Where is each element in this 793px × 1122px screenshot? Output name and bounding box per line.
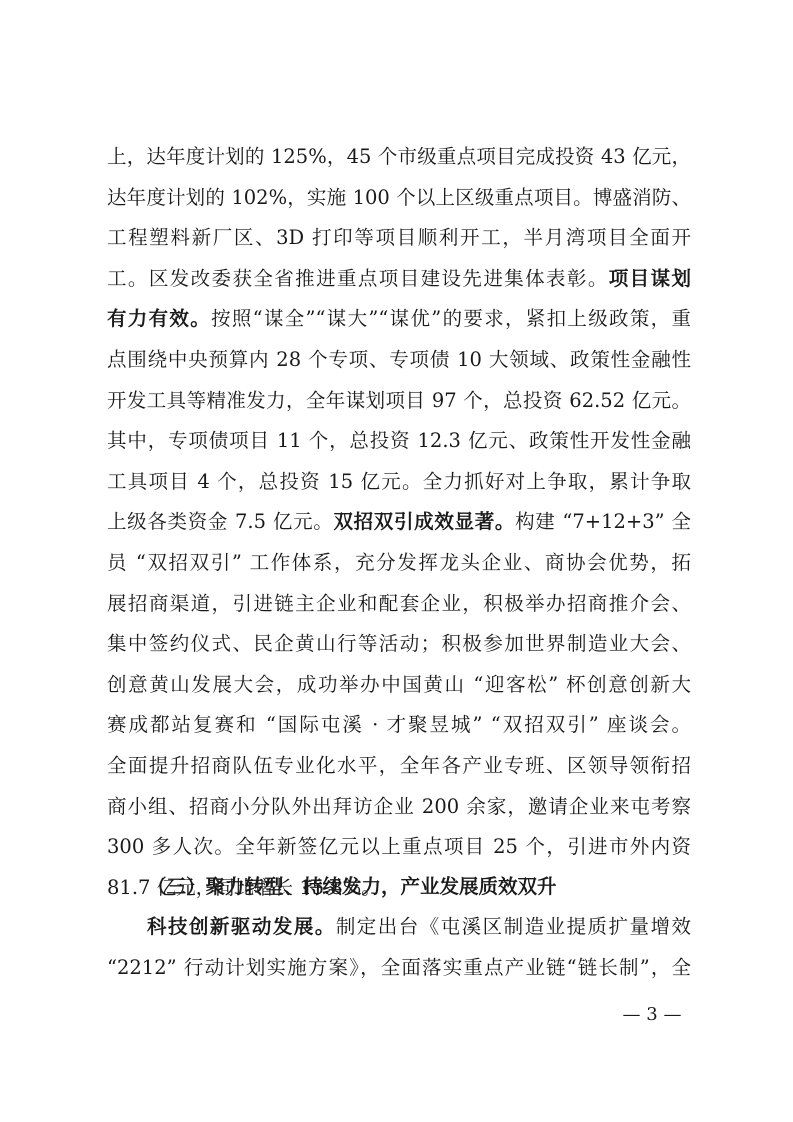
bold-lead-phrase: 双招双引成效显著。 [333,510,515,533]
section-heading: （三）聚力转型、持续发力，产业发展质效双升 [147,869,707,905]
text-line: 员 “双招双引” 工作体系，充分发挥龙头企业、商协会优势，拓 [107,545,691,581]
text-segment: 工。区发改委获全省推进重点项目建设先进集体表彰。 [107,267,609,290]
text-line: 其中，专项债项目 11 个，总投资 12.3 亿元、政策性开发性金融 [107,423,691,459]
text-line: 展招商渠道，引进链主企业和配套企业，积极举办招商推介会、 [107,586,691,622]
text-line: 集中签约仪式、民企黄山行等活动；积极参加世界制造业大会、 [107,626,691,662]
text-line: “2212” 行动计划实施方案》，全面落实重点产业链“链长制”，全 [107,950,691,986]
bold-lead-phrase: 项目谋划 [609,267,691,290]
bold-lead-phrase: 有力有效。 [107,307,211,330]
text-line: 开发工具等精准发力，全年谋划项目 97 个，总投资 62.52 亿元。 [107,383,691,419]
text-segment: 商小组、招商小分队外出拜访企业 200 余家，邀请企业来屯考察 [107,795,691,818]
text-segment: 全面提升招商队伍专业化水平，全年各产业专班、区领导领衔招 [107,754,691,777]
text-line: 有力有效。按照“谋全”“谋大”“谋优”的要求，紧扣上级政策，重 [107,301,691,337]
text-segment: 工具项目 4 个，总投资 15 亿元。全力抓好对上争取，累计争取 [107,470,691,493]
text-segment: 300 多人次。全年新签亿元以上重点项目 25 个，引进市外内资 [107,835,691,858]
text-segment: 开发工具等精准发力，全年谋划项目 97 个，总投资 62.52 亿元。 [107,389,691,412]
bold-lead-phrase: 科技创新驱动发展。 [147,915,336,938]
text-segment: 点围绕中央预算内 28 个专项、专项债 10 大领域、政策性金融性 [107,348,691,371]
text-line: 上，达年度计划的 125%，45 个市级重点项目完成投资 43 亿元， [107,139,691,175]
text-line: 工具项目 4 个，总投资 15 亿元。全力抓好对上争取，累计争取 [107,464,691,500]
text-segment: 构建 “7+12+3” 全 [515,510,691,533]
text-line: 全面提升招商队伍专业化水平，全年各产业专班、区领导领衔招 [107,748,691,784]
text-segment: 创意黄山发展大会，成功举办中国黄山 “迎客松” 杯创意创新大 [107,673,691,696]
text-segment: 其中，专项债项目 11 个，总投资 12.3 亿元、政策性开发性金融 [107,429,691,452]
text-line: 点围绕中央预算内 28 个专项、专项债 10 大领域、政策性金融性 [107,342,691,378]
text-segment: 制定出台《屯溪区制造业提质扩量增效 [336,915,691,938]
text-segment: 工程塑料新厂区、3D 打印等项目顺利开工，半月湾项目全面开 [107,226,691,249]
text-line: 工程塑料新厂区、3D 打印等项目顺利开工，半月湾项目全面开 [107,220,691,256]
text-line: 商小组、招商小分队外出拜访企业 200 余家，邀请企业来屯考察 [107,789,691,825]
text-line: 创意黄山发展大会，成功举办中国黄山 “迎客松” 杯创意创新大 [107,667,691,703]
page-number: — 3 — [612,1000,692,1030]
text-line: 达年度计划的 102%，实施 100 个以上区级重点项目。博盛消防、 [107,180,691,216]
text-segment: 上，达年度计划的 125%，45 个市级重点项目完成投资 43 亿元， [107,145,691,168]
text-segment: 赛成都站复赛和 “国际屯溪 · 才聚昱城” “双招双引” 座谈会。 [107,713,691,736]
text-segment: 上级各类资金 7.5 亿元。 [107,510,333,533]
text-line: 科技创新驱动发展。制定出台《屯溪区制造业提质扩量增效 [147,909,691,945]
text-line: 300 多人次。全年新签亿元以上重点项目 25 个，引进市外内资 [107,829,691,865]
document-page: 上，达年度计划的 125%，45 个市级重点项目完成投资 43 亿元，达年度计划… [0,0,793,1122]
text-line: 赛成都站复赛和 “国际屯溪 · 才聚昱城” “双招双引” 座谈会。 [107,707,691,743]
text-line: 上级各类资金 7.5 亿元。双招双引成效显著。构建 “7+12+3” 全 [107,504,691,540]
text-segment: 展招商渠道，引进链主企业和配套企业，积极举办招商推介会、 [107,592,691,615]
text-segment: “2212” 行动计划实施方案》，全面落实重点产业链“链长制”，全 [107,956,691,979]
text-line: 工。区发改委获全省推进重点项目建设先进集体表彰。项目谋划 [107,261,691,297]
text-segment: 集中签约仪式、民企黄山行等活动；积极参加世界制造业大会、 [107,632,691,655]
text-segment: 达年度计划的 102%，实施 100 个以上区级重点项目。博盛消防、 [107,186,691,209]
text-segment: 员 “双招双引” 工作体系，充分发挥龙头企业、商协会优势，拓 [107,551,691,574]
text-segment: 按照“谋全”“谋大”“谋优”的要求，紧扣上级政策，重 [211,307,691,330]
